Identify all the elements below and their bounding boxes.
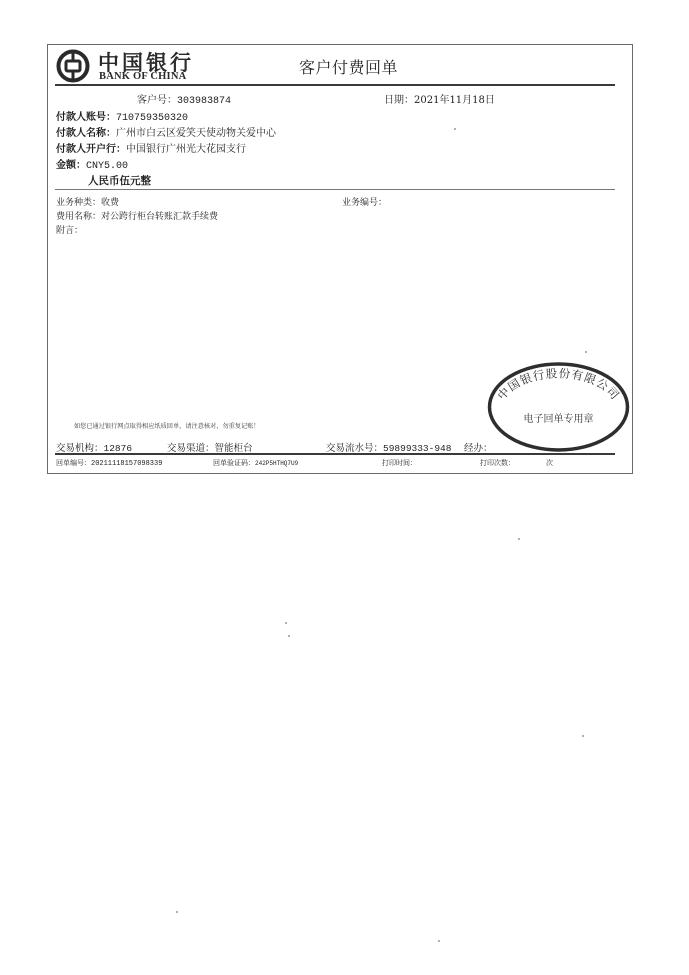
transaction-institution: 交易机构：12876 xyxy=(56,440,132,454)
fee-name-value: 对公跨行柜台转账汇款手续费 xyxy=(101,212,218,222)
customer-number: 客户号：303983874 xyxy=(137,91,231,107)
customer-number-label: 客户号： xyxy=(137,95,177,106)
verify-code: 回单验证码：242P5HTHQ7U9 xyxy=(213,458,298,468)
electronic-seal: 中国银行股份有限公司 电子回单专用章 xyxy=(487,361,630,453)
payer-account-value: 710759350320 xyxy=(116,113,188,124)
customer-number-value: 303983874 xyxy=(177,96,231,107)
bank-of-china-logo-icon xyxy=(56,49,90,83)
seal-purpose-text: 电子回单专用章 xyxy=(487,410,630,425)
receipt-date: 日期：2021年11月18日 xyxy=(384,91,495,106)
date-value: 2021年11月18日 xyxy=(414,95,495,106)
payer-account-label: 付款人账号： xyxy=(56,112,116,123)
business-number: 业务编号： xyxy=(342,195,387,208)
remark-label: 附言： xyxy=(56,226,83,236)
business-type: 业务种类：收费 xyxy=(56,195,119,208)
remark: 附言： xyxy=(56,223,83,236)
receipt-number-label: 回单编号： xyxy=(56,459,91,467)
amount-value: CNY5.00 xyxy=(86,161,128,172)
duplicate-notice: 如您已通过银行网点取得相应纸质回单，请注意核对，勿重复记账！ xyxy=(74,421,260,430)
amount-divider xyxy=(55,189,615,190)
document-title: 客户付费回单 xyxy=(299,55,398,78)
receipt-number-value: 20211118157098339 xyxy=(91,460,162,468)
footer-divider xyxy=(55,453,615,455)
handler: 经办： xyxy=(464,440,493,454)
bank-name-en: BANK OF CHINA xyxy=(99,71,186,82)
payer-bank: 付款人开户行：中国银行广州光大花园支行 xyxy=(56,140,246,155)
print-time: 打印时间： xyxy=(382,458,417,468)
transaction-channel: 交易渠道：智能柜台 xyxy=(167,440,253,454)
verify-code-value: 242P5HTHQ7U9 xyxy=(255,460,298,467)
amount-label: 金额： xyxy=(56,160,86,171)
print-count-label: 打印次数： xyxy=(480,458,515,468)
date-label: 日期： xyxy=(384,95,414,106)
print-time-label: 打印时间： xyxy=(382,459,417,467)
receipt-number: 回单编号：20211118157098339 xyxy=(56,458,162,468)
fee-name-label: 费用名称： xyxy=(56,212,101,222)
fee-name: 费用名称：对公跨行柜台转账汇款手续费 xyxy=(56,209,218,222)
payer-account: 付款人账号：710759350320 xyxy=(56,108,188,124)
payer-bank-label: 付款人开户行： xyxy=(56,144,126,155)
business-number-label: 业务编号： xyxy=(342,198,387,208)
verify-code-label: 回单验证码： xyxy=(213,459,255,467)
seal-ellipse-icon: 中国银行股份有限公司 xyxy=(487,361,630,453)
payer-name-value: 广州市白云区爱笑天使动物关爱中心 xyxy=(116,128,276,139)
amount-in-words: 人民币伍元整 xyxy=(88,173,151,188)
payer-name-label: 付款人名称： xyxy=(56,128,116,139)
seal-company-text: 中国银行股份有限公司 xyxy=(495,366,623,402)
svg-text:中国银行股份有限公司: 中国银行股份有限公司 xyxy=(495,366,623,402)
amount: 金额：CNY5.00 xyxy=(56,156,128,172)
header-divider xyxy=(55,84,615,86)
payer-name: 付款人名称：广州市白云区爱笑天使动物关爱中心 xyxy=(56,124,276,139)
print-count-unit: 次 xyxy=(546,458,553,468)
payer-bank-value: 中国银行广州光大花园支行 xyxy=(126,144,246,155)
business-type-value: 收费 xyxy=(101,198,119,208)
business-type-label: 业务种类： xyxy=(56,198,101,208)
transaction-serial: 交易流水号：59899333-948 xyxy=(326,440,451,454)
bank-logo: 中国银行 BANK OF CHINA xyxy=(56,49,196,85)
